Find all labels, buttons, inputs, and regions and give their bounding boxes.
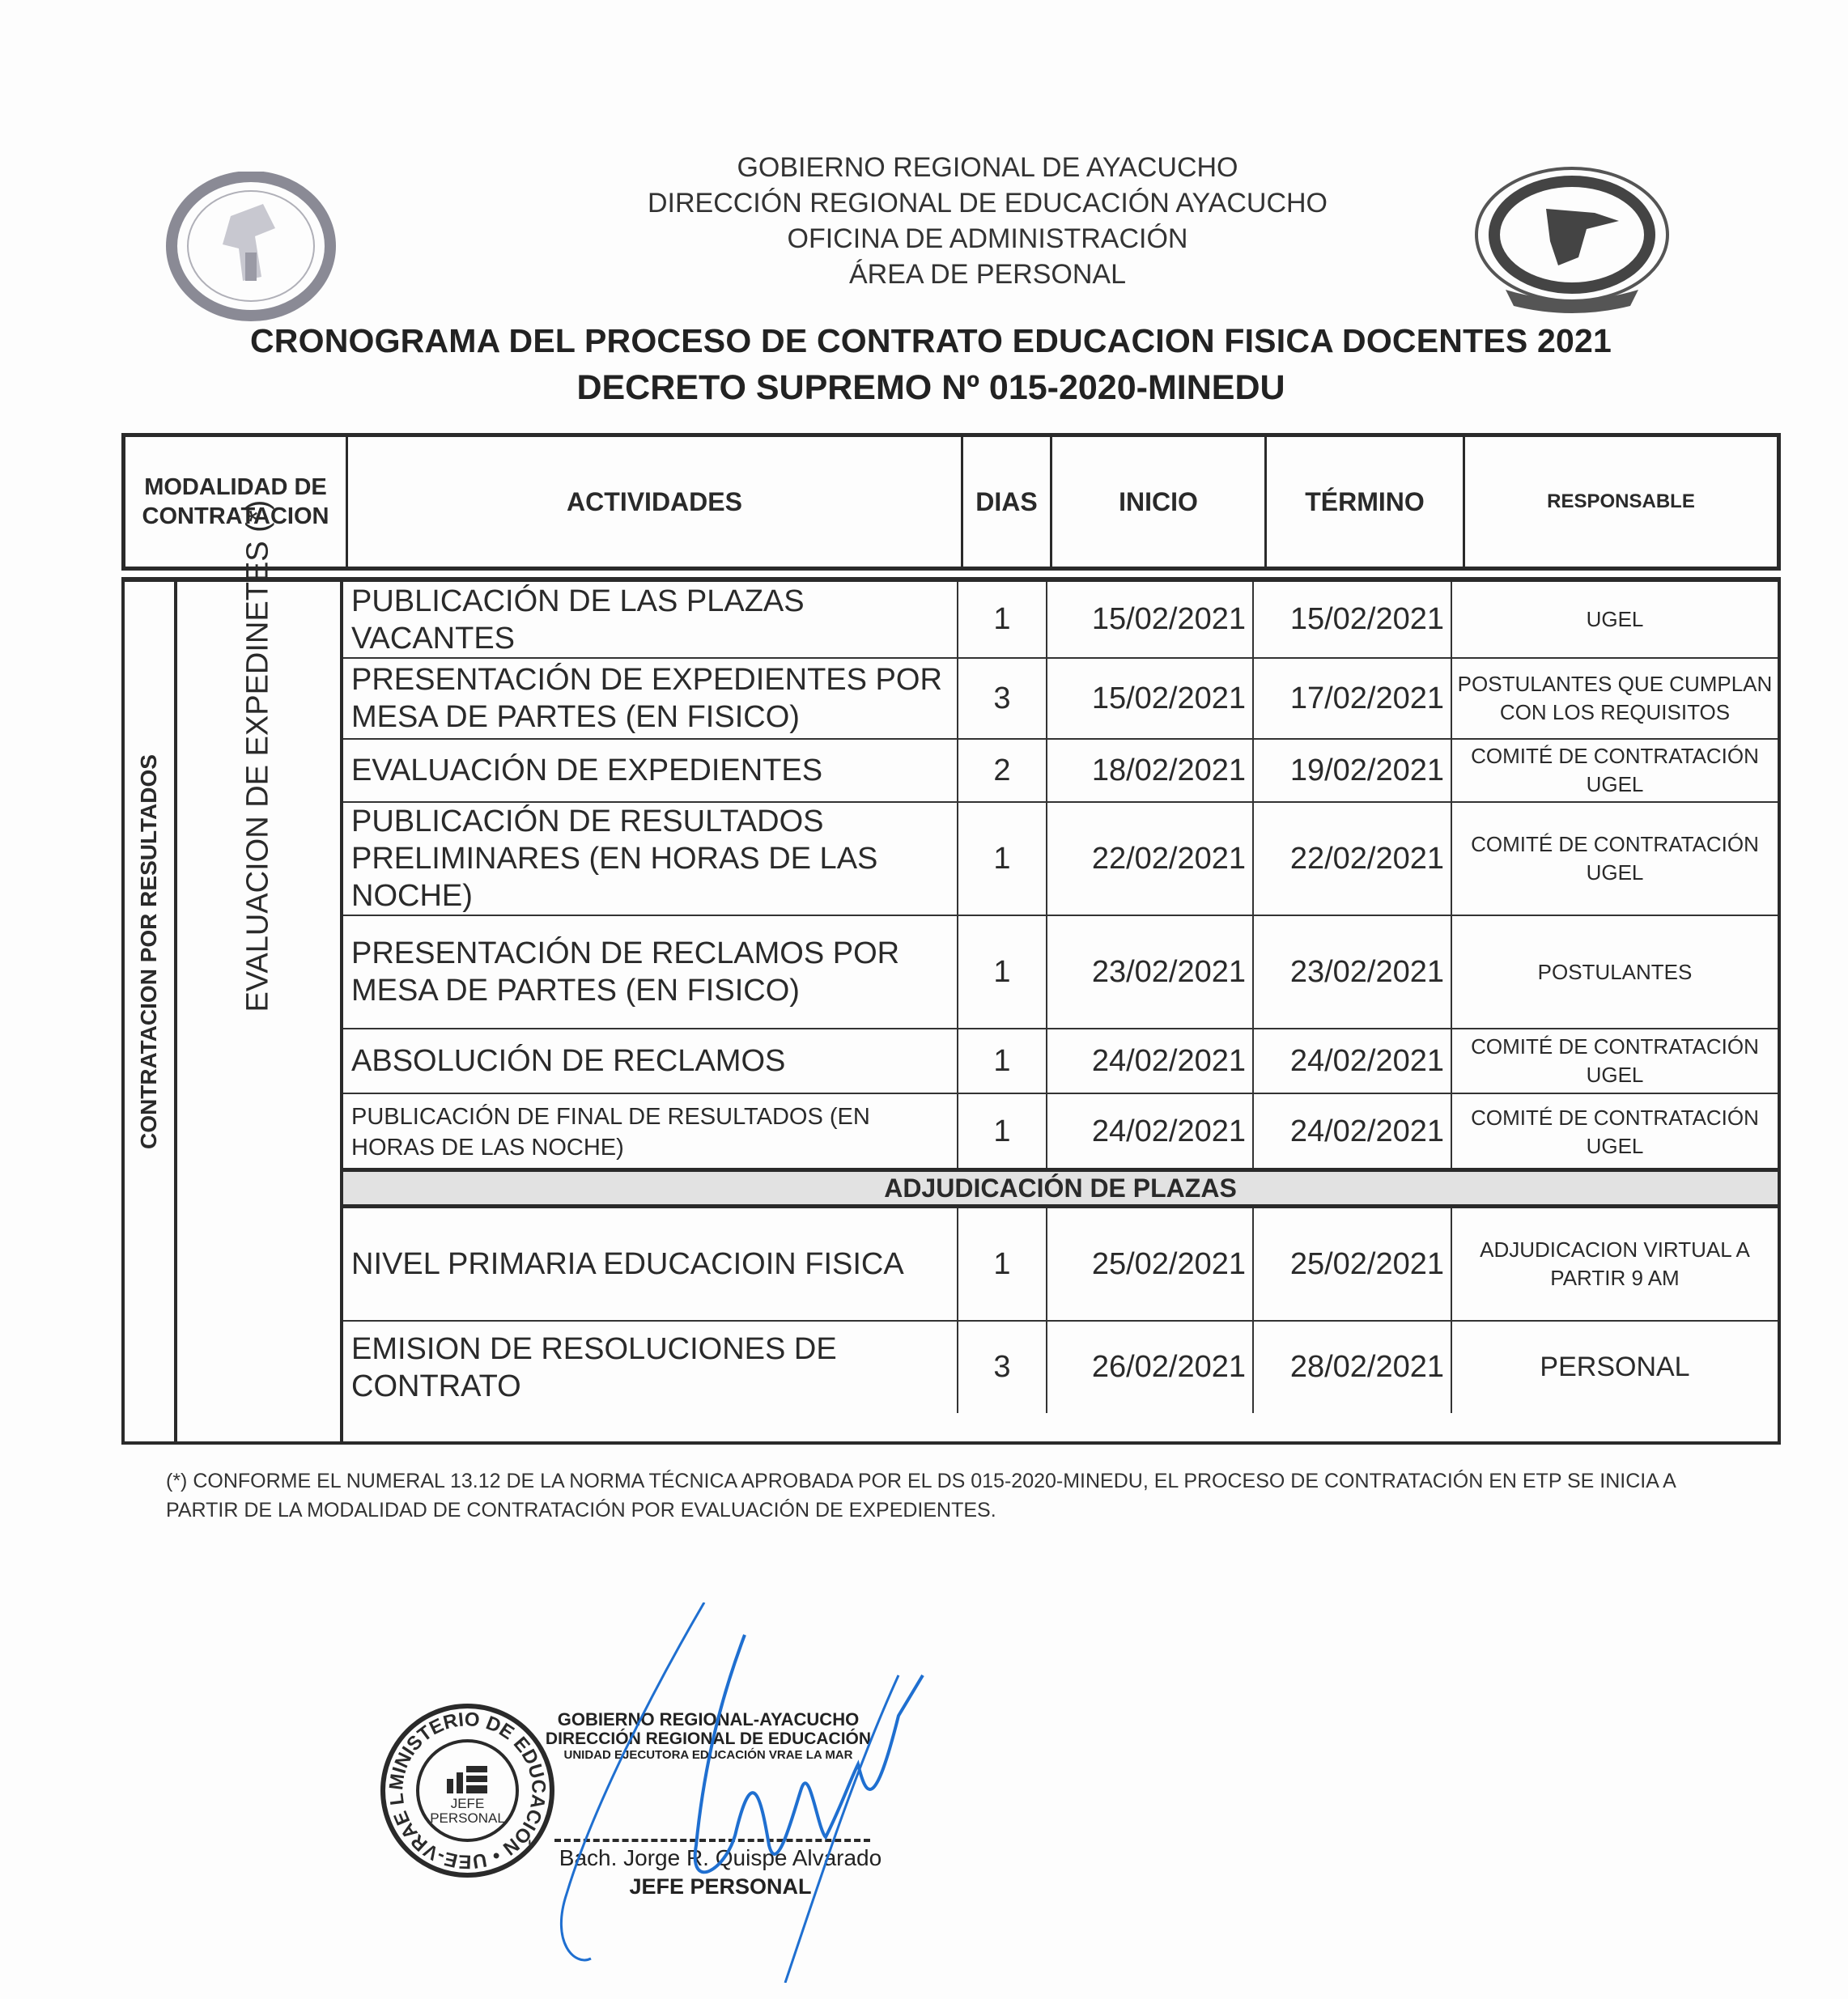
- handwritten-signature-icon: [518, 1602, 939, 1983]
- table-row: NIVEL PRIMARIA EDUCACIOIN FISICA125/02/2…: [343, 1208, 1778, 1322]
- end-date-cell: 15/02/2021: [1254, 582, 1452, 657]
- start-date-cell: 22/02/2021: [1047, 803, 1254, 915]
- start-date-cell: 15/02/2021: [1047, 659, 1254, 738]
- responsible-cell: COMITÉ DE CONTRATACIÓN UGEL: [1452, 1029, 1778, 1093]
- schedule-table: MODALIDAD DE CONTRATACION ACTIVIDADES DI…: [121, 433, 1781, 1445]
- start-date-cell: 24/02/2021: [1047, 1029, 1254, 1093]
- end-date-cell: 23/02/2021: [1254, 916, 1452, 1028]
- table-row: PRESENTACIÓN DE EXPEDIENTES POR MESA DE …: [343, 659, 1778, 740]
- end-date-cell: 25/02/2021: [1254, 1208, 1452, 1320]
- responsible-cell: COMITÉ DE CONTRATACIÓN UGEL: [1452, 740, 1778, 801]
- start-date-cell: 25/02/2021: [1047, 1208, 1254, 1320]
- end-date-cell: 28/02/2021: [1254, 1322, 1452, 1413]
- end-date-cell: 17/02/2021: [1254, 659, 1452, 738]
- responsible-cell: COMITÉ DE CONTRATACIÓN UGEL: [1452, 803, 1778, 915]
- responsible-cell: ADJUDICACION VIRTUAL A PARTIR 9 AM: [1452, 1208, 1778, 1320]
- days-cell: 2: [958, 740, 1047, 801]
- table-row: EMISION DE RESOLUCIONES DE CONTRATO326/0…: [343, 1322, 1778, 1413]
- stamp-line-1: JEFE: [451, 1797, 485, 1811]
- table-row: PUBLICACIÓN DE FINAL DE RESULTADOS (EN H…: [343, 1094, 1778, 1171]
- gobierno-regional-seal-icon: [166, 172, 336, 321]
- institution-line: GOBIERNO REGIONAL DE AYACUCHO: [486, 150, 1489, 185]
- document-title: CRONOGRAMA DEL PROCESO DE CONTRATO EDUCA…: [162, 322, 1700, 360]
- document-subtitle: DECRETO SUPREMO Nº 015-2020-MINEDU: [162, 368, 1700, 408]
- responsible-cell: COMITÉ DE CONTRATACIÓN UGEL: [1452, 1094, 1778, 1169]
- institution-line: DIRECCIÓN REGIONAL DE EDUCACIÓN AYACUCHO: [486, 185, 1489, 221]
- institution-header: GOBIERNO REGIONAL DE AYACUCHO DIRECCIÓN …: [486, 150, 1489, 292]
- table-row: ABSOLUCIÓN DE RECLAMOS124/02/202124/02/2…: [343, 1029, 1778, 1094]
- table-row: PUBLICACIÓN DE RESULTADOS PRELIMINARES (…: [343, 803, 1778, 916]
- responsible-cell: PERSONAL: [1452, 1322, 1778, 1413]
- col-dias: DIAS: [963, 437, 1052, 567]
- col-inicio: INICIO: [1052, 437, 1267, 567]
- modalidad-label: CONTRATACION POR RESULTADOS: [136, 858, 162, 1149]
- col-termino: TÉRMINO: [1267, 437, 1465, 567]
- table-body: CONTRATACION POR RESULTADOS EVALUACION D…: [121, 577, 1781, 1445]
- days-cell: 3: [958, 1322, 1047, 1413]
- end-date-cell: 22/02/2021: [1254, 803, 1452, 915]
- col-actividades: ACTIVIDADES: [348, 437, 963, 567]
- table-row: PRESENTACIÓN DE RECLAMOS POR MESA DE PAR…: [343, 916, 1778, 1029]
- activity-cell: EMISION DE RESOLUCIONES DE CONTRATO: [343, 1322, 958, 1413]
- institution-line: OFICINA DE ADMINISTRACIÓN: [486, 221, 1489, 257]
- stamp-center: JEFE PERSONAL: [416, 1739, 519, 1842]
- start-date-cell: 24/02/2021: [1047, 1094, 1254, 1169]
- stamp-line-2: PERSONAL: [430, 1811, 505, 1826]
- activity-cell: PUBLICACIÓN DE FINAL DE RESULTADOS (EN H…: [343, 1094, 958, 1169]
- col-responsable: RESPONSABLE: [1465, 437, 1777, 567]
- activity-cell: NIVEL PRIMARIA EDUCACIOIN FISICA: [343, 1208, 958, 1320]
- activity-cell: PUBLICACIÓN DE LAS PLAZAS VACANTES: [343, 582, 958, 657]
- days-cell: 1: [958, 1094, 1047, 1169]
- end-date-cell: 24/02/2021: [1254, 1094, 1452, 1169]
- start-date-cell: 26/02/2021: [1047, 1322, 1254, 1413]
- responsible-cell: POSTULANTES: [1452, 916, 1778, 1028]
- activity-cell: PRESENTACIÓN DE EXPEDIENTES POR MESA DE …: [343, 659, 958, 738]
- footnote: (*) CONFORME EL NUMERAL 13.12 DE LA NORM…: [166, 1466, 1744, 1525]
- table-row: PUBLICACIÓN DE LAS PLAZAS VACANTES115/02…: [343, 582, 1778, 659]
- days-cell: 1: [958, 916, 1047, 1028]
- table-header: MODALIDAD DE CONTRATACION ACTIVIDADES DI…: [121, 433, 1781, 571]
- days-cell: 1: [958, 1208, 1047, 1320]
- submodalidad-column: EVALUACION DE EXPEDINETES (*): [177, 582, 343, 1441]
- activity-cell: PUBLICACIÓN DE RESULTADOS PRELIMINARES (…: [343, 803, 958, 915]
- ugel-la-mar-seal-icon: [1457, 160, 1688, 322]
- submodalidad-label: EVALUACION DE EXPEDINETES (*): [241, 624, 276, 1012]
- activity-cell: EVALUACIÓN DE EXPEDIENTES: [343, 740, 958, 801]
- activity-cell: PRESENTACIÓN DE RECLAMOS POR MESA DE PAR…: [343, 916, 958, 1028]
- days-cell: 3: [958, 659, 1047, 738]
- modalidad-column: CONTRATACION POR RESULTADOS: [125, 582, 177, 1441]
- days-cell: 1: [958, 803, 1047, 915]
- books-icon: [444, 1764, 492, 1797]
- responsible-cell: POSTULANTES QUE CUMPLAN CON LOS REQUISIT…: [1452, 659, 1778, 738]
- table-row: EVALUACIÓN DE EXPEDIENTES218/02/202119/0…: [343, 740, 1778, 803]
- end-date-cell: 24/02/2021: [1254, 1029, 1452, 1093]
- col-modalidad: MODALIDAD DE CONTRATACION: [125, 437, 348, 567]
- end-date-cell: 19/02/2021: [1254, 740, 1452, 801]
- activity-cell: ABSOLUCIÓN DE RECLAMOS: [343, 1029, 958, 1093]
- responsible-cell: UGEL: [1452, 582, 1778, 657]
- days-cell: 1: [958, 1029, 1047, 1093]
- institution-line: ÁREA DE PERSONAL: [486, 257, 1489, 292]
- start-date-cell: 18/02/2021: [1047, 740, 1254, 801]
- start-date-cell: 15/02/2021: [1047, 582, 1254, 657]
- days-cell: 1: [958, 582, 1047, 657]
- start-date-cell: 23/02/2021: [1047, 916, 1254, 1028]
- section-header-adjudicacion: ADJUDICACIÓN DE PLAZAS: [343, 1168, 1778, 1208]
